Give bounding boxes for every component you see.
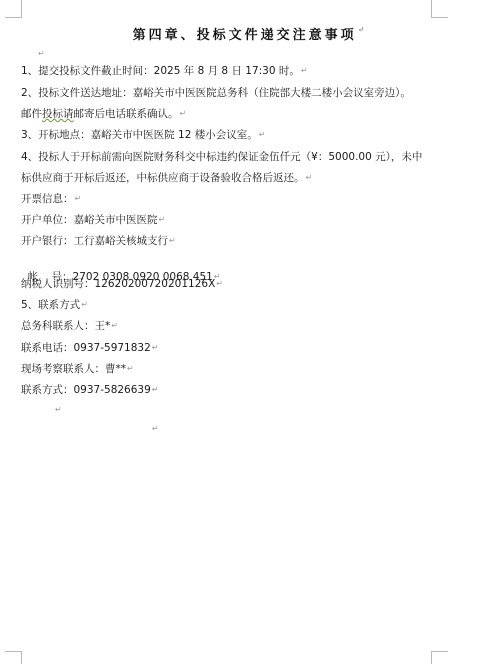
mail-instruction-line[interactable]: 邮件投标请邮寄后电话联系确认。↵ <box>21 107 186 121</box>
paragraph-mark-icon: ↵ <box>152 343 159 352</box>
paragraph-mark-icon: ↵ <box>159 215 166 224</box>
bank-line[interactable]: 开户银行：工行嘉峪关核城支行↵ <box>21 234 176 248</box>
spellcheck-underlined-text: 投标请 <box>42 108 74 120</box>
bank-text: 开户银行：工行嘉峪关核城支行 <box>21 235 168 247</box>
deadline-text: 1、提交投标文件截止时间：2025 年 8 月 8 日 17:30 时。 <box>21 65 300 77</box>
contact-heading[interactable]: 5、联系方式↵ <box>21 298 88 312</box>
deadline-line[interactable]: 1、提交投标文件截止时间：2025 年 8 月 8 日 17:30 时。↵ <box>21 64 308 78</box>
paragraph-mark-icon: ↵ <box>180 109 187 118</box>
taxpayer-id-line[interactable]: 纳税人识别号：12620200720201126X↵ <box>21 277 223 291</box>
deposit-return-line[interactable]: 标供应商于开标后返还，中标供应商于设备验收合格后返还。↵ <box>21 171 312 185</box>
page-corner-mark-bottom-right <box>431 651 448 664</box>
invoice-info-heading[interactable]: 开票信息：↵ <box>21 192 81 206</box>
page-corner-mark-top-right <box>431 0 448 18</box>
account-unit-line[interactable]: 开户单位：嘉峪关市中医医院↵ <box>21 213 165 227</box>
paragraph-mark-icon: ↵ <box>152 385 159 394</box>
chapter-title-text: 第四章、投标文件递交注意事项 <box>133 28 357 43</box>
site-visit-contact-text: 现场考察联系人：曹** <box>21 363 126 375</box>
deposit-return-text: 标供应商于开标后返还，中标供应商于设备验收合格后返还。 <box>21 172 305 184</box>
taxpayer-id-text: 纳税人识别号：12620200720201126X <box>21 278 215 290</box>
deposit-text: 4、投标人于开标前需向医院财务科交中标违约保证金伍仟元（¥：5000.00 元）… <box>21 151 422 163</box>
chapter-title[interactable]: 第四章、投标文件递交注意事项↵ <box>0 24 500 43</box>
opening-location-text: 3、开标地点：嘉峪关市中医医院 12 楼小会议室。 <box>21 129 258 141</box>
paragraph-mark-icon: ↵ <box>55 405 62 414</box>
mail-instruction-text-start: 邮件 <box>21 108 42 120</box>
paragraph-mark-icon: ↵ <box>169 236 176 245</box>
paragraph-mark-icon: ↵ <box>259 130 266 139</box>
opening-location-line[interactable]: 3、开标地点：嘉峪关市中医医院 12 楼小会议室。↵ <box>21 128 265 142</box>
general-affairs-contact-text: 总务科联系人：王* <box>21 320 110 332</box>
paragraph-mark-icon: ↵ <box>306 173 313 182</box>
general-affairs-contact-line[interactable]: 总务科联系人：王*↵ <box>21 319 118 333</box>
contact-phone-text: 联系电话：0937-5971832 <box>21 342 151 354</box>
paragraph-mark-icon: ↵ <box>301 66 308 75</box>
paragraph-mark-icon: ↵ <box>81 300 88 309</box>
site-visit-phone-text: 联系方式：0937-5826639 <box>21 384 151 396</box>
paragraph-mark-icon: ↵ <box>111 321 118 330</box>
contact-heading-text: 5、联系方式 <box>21 299 80 311</box>
page-corner-mark-bottom-left <box>5 651 22 664</box>
page-corner-mark-top-left <box>5 0 22 18</box>
paragraph-mark-icon: ↵ <box>75 194 82 203</box>
contact-phone-line[interactable]: 联系电话：0937-5971832↵ <box>21 341 158 355</box>
invoice-info-text: 开票信息： <box>21 193 74 205</box>
paragraph-mark-icon: ↵ <box>358 24 368 34</box>
paragraph-mark-icon: ↵ <box>127 364 134 373</box>
paragraph-mark-icon: ↵ <box>216 279 223 288</box>
delivery-address-text: 2、投标文件送达地址：嘉峪关市中医医院总务科（住院部大楼二楼小会议室旁边）。 <box>21 87 411 99</box>
site-visit-phone-line[interactable]: 联系方式：0937-5826639↵ <box>21 383 158 397</box>
deposit-line[interactable]: 4、投标人于开标前需向医院财务科交中标违约保证金伍仟元（¥：5000.00 元）… <box>21 150 422 164</box>
paragraph-mark-icon: ↵ <box>38 49 45 58</box>
paragraph-mark-icon: ↵ <box>152 424 159 433</box>
delivery-address-line[interactable]: 2、投标文件送达地址：嘉峪关市中医医院总务科（住院部大楼二楼小会议室旁边）。 <box>21 86 411 100</box>
mail-instruction-text-end: 邮寄后电话联系确认。 <box>74 108 179 120</box>
account-unit-text: 开户单位：嘉峪关市中医医院 <box>21 214 158 226</box>
site-visit-contact-line[interactable]: 现场考察联系人：曹**↵ <box>21 362 134 376</box>
